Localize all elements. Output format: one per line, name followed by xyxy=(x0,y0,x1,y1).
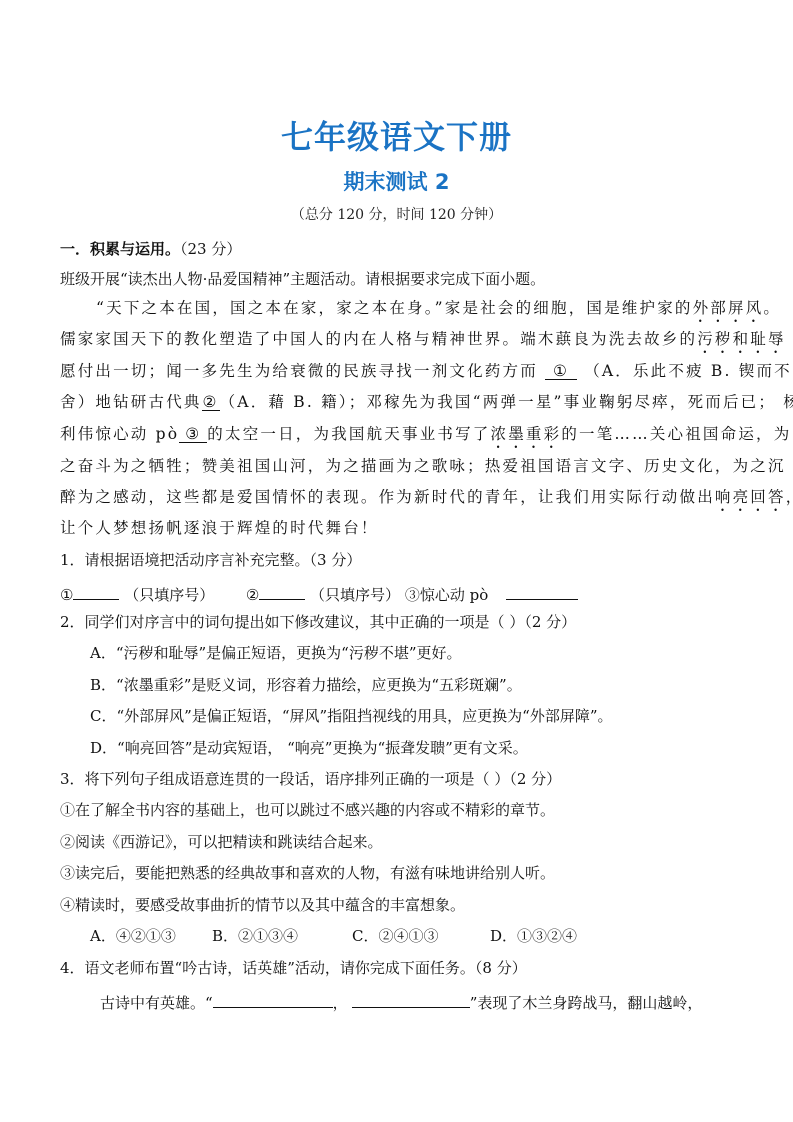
emphasized-phrase: 浓墨重彩 xyxy=(491,425,562,443)
question-2-option-a[interactable]: A．“污秽和耻辱”是偏正短语，更换为“污秽不堪”更好。 xyxy=(90,643,462,663)
question-3-sentence-4: ④精读时，要感受故事曲折的情节以及其中蕴含的丰富想象。 xyxy=(60,895,465,915)
question-2-option-c[interactable]: C．“外部屏风”是偏正短语，“屏风”指阻挡视线的用具，应更换为“外部屏障”。 xyxy=(90,706,613,726)
choice-b[interactable]: B．②①③④ xyxy=(212,926,352,946)
question-4-stem: 4．语文老师布置“吟古诗，话英雄”活动，请你完成下面任务。（8 分） xyxy=(60,958,527,978)
emphasized-phrase: 污秽和耻辱 xyxy=(697,330,786,348)
section-score: （23 分） xyxy=(180,240,241,258)
question-2-option-d[interactable]: D．“响亮回答”是动宾短语， “响亮”更换为“振聋发聩”更有文采。 xyxy=(90,738,528,758)
passage-line-8: 让个人梦想扬帆逐浪于辉煌的时代舞台！ xyxy=(60,518,379,538)
exam-page: 七年级语文下册 期末测试 2 （总分 120 分，时间 120 分钟） 一．积累… xyxy=(0,0,793,1122)
poem-blank-1[interactable] xyxy=(213,989,333,1008)
section-intro: 班级开展“读杰出人物·品爱国精神”主题活动。请根据要求完成下面小题。 xyxy=(60,269,545,289)
answer-blank-2[interactable] xyxy=(259,581,305,600)
choice-d[interactable]: D．①③②④ xyxy=(490,927,577,945)
question-4-line: 古诗中有英雄。“，”表现了木兰身跨战马，翻山越岭， xyxy=(100,989,702,1013)
document-title: 七年级语文下册 xyxy=(0,112,793,158)
question-1-stem: 1．请根据语境把活动序言补充完整。（3 分） xyxy=(60,550,361,570)
section-title: 一．积累与运用。 xyxy=(60,240,180,258)
question-3-sentence-3: ③读完后，要能把熟悉的经典故事和喜欢的人物，有滋有味地讲给别人听。 xyxy=(60,863,555,883)
question-3-sentence-2: ②阅读《西游记》，可以把精读和跳读结合起来。 xyxy=(60,832,383,852)
passage-line-2: 儒家家国天下的教化塑造了中国人的内在人格与精神世界。端木蕻良为洗去故乡的污秽和耻… xyxy=(60,329,786,357)
exam-meta: （总分 120 分，时间 120 分钟） xyxy=(0,204,793,224)
passage-line-3: 愿付出一切；闻一多先生为给衰微的民族寻找一剂文化药方而 ① （A．乐此不疲 B.… xyxy=(60,361,792,381)
poem-blank-2[interactable] xyxy=(352,989,470,1008)
choice-a[interactable]: A．④②①③ xyxy=(90,926,212,946)
blank-2[interactable]: ② xyxy=(202,392,220,411)
emphasized-phrase: 响亮回答 xyxy=(715,488,786,506)
passage-line-6: 之奋斗为之牺牲；赞美祖国山河，为之描画为之歌咏；热爱祖国语言文字、历史文化，为之… xyxy=(60,456,786,476)
question-3-sentence-1: ①在了解全书内容的基础上，也可以跳过不感兴趣的内容或不精彩的章节。 xyxy=(60,800,555,820)
section-heading: 一．积累与运用。（23 分） xyxy=(60,239,241,259)
passage-line-5: 利伟惊心动 pò③的太空一日，为我国航天事业书写了浓墨重彩的一笔……关心祖国命运… xyxy=(60,424,791,452)
emphasized-phrase: 外部屏风 xyxy=(693,299,764,317)
passage-line-4: 舍）地钻研古代典②（A．藉 B. 籍）；邓稼先为我国“两弹一星”事业鞠躬尽瘁，死… xyxy=(60,392,793,412)
question-1-answers: ① （只填序号） ② （只填序号） ③惊心动 pò xyxy=(60,581,578,605)
blank-1[interactable]: ① xyxy=(545,361,577,380)
document-subtitle: 期末测试 2 xyxy=(0,166,793,196)
question-2-option-b[interactable]: B．“浓墨重彩”是贬义词，形容着力描绘，应更换为“五彩斑斓”。 xyxy=(90,675,522,695)
choice-c[interactable]: C．②④①③ xyxy=(352,926,490,946)
question-2-stem: 2．同学们对序言中的词句提出如下修改建议，其中正确的一项是（ ）（2 分） xyxy=(60,612,576,632)
answer-blank-1[interactable] xyxy=(73,581,119,600)
blank-3[interactable]: ③ xyxy=(179,424,207,443)
passage-line-1: “天下之本在国，国之本在家，家之本在身。”家是社会的细胞，国是维护家的外部屏风。 xyxy=(96,298,781,326)
question-3-stem: 3．将下列句子组成语意连贯的一段话，语序排列正确的一项是（ ）（2 分） xyxy=(60,769,561,789)
question-3-choices: A．④②①③B．②①③④C．②④①③D．①③②④ xyxy=(90,926,577,946)
answer-blank-3[interactable] xyxy=(506,581,578,600)
passage-line-7: 醉为之感动，这些都是爱国情怀的表现。作为新时代的青年，让我们用实际行动做出响亮回… xyxy=(60,487,793,515)
